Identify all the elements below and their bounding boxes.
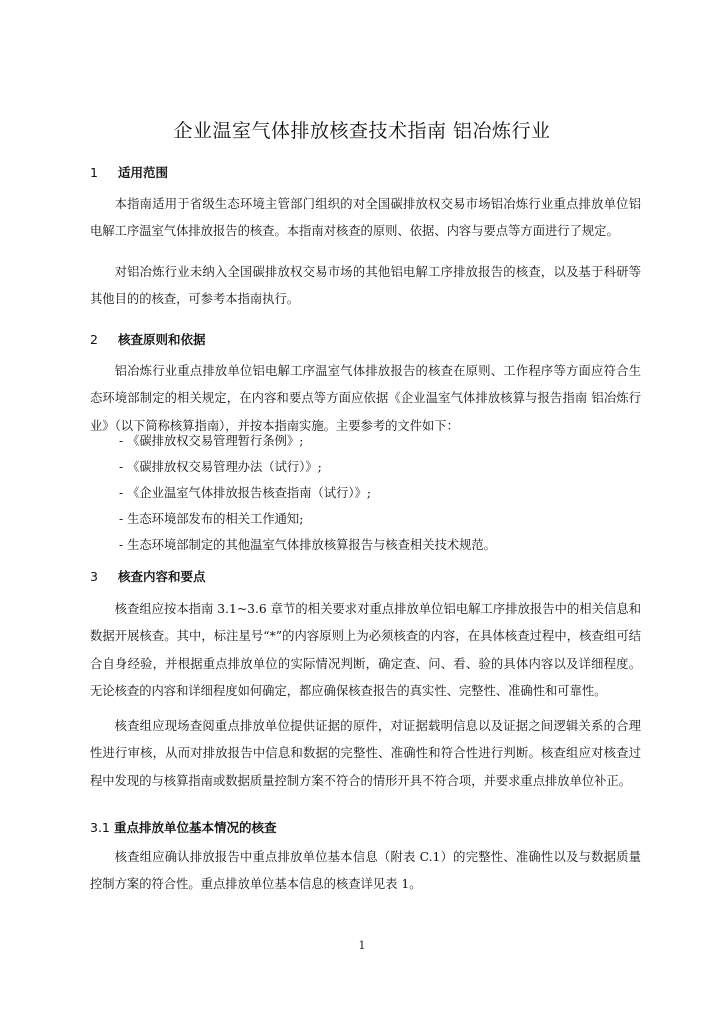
paragraph: 核查组应确认排放报告中重点排放单位基本信息（附表 C.1）的完整性、准确性以及与…	[90, 844, 641, 899]
reference-list-item: - 《企业温室气体排放报告核查指南（试行）》;	[119, 480, 371, 507]
section-title: 重点排放单位基本情况的核查	[114, 820, 277, 835]
paragraph: 本指南适用于省级生态环境主管部门组织的对全国碳排放权交易市场铝冶炼行业重点排放单…	[90, 191, 641, 246]
section-title: 适用范围	[118, 165, 168, 180]
page-number: 1	[0, 939, 724, 952]
section-number: 1	[90, 165, 118, 180]
section-title: 核查内容和要点	[118, 569, 206, 584]
section-heading-2: 2核查原则和依据	[90, 330, 206, 348]
section-number: 3.1	[90, 820, 114, 835]
document-page: 企业温室气体排放核查技术指南 铝冶炼行业 1适用范围 本指南适用于省级生态环境主…	[0, 0, 724, 1024]
reference-list-item: - 《碳排放权交易管理暂行条例》;	[119, 428, 303, 455]
document-title: 企业温室气体排放核查技术指南 铝冶炼行业	[0, 116, 724, 143]
paragraph: 对铝冶炼行业未纳入全国碳排放权交易市场的其他铝电解工序排放报告的核查，以及基于科…	[90, 259, 641, 314]
section-number: 3	[90, 569, 118, 584]
subsection-heading-3-1: 3.1重点排放单位基本情况的核查	[90, 818, 277, 836]
section-heading-1: 1适用范围	[90, 163, 168, 181]
reference-list-item: - 生态环境部制定的其他温室气体排放核算报告与核查相关技术规范。	[119, 532, 496, 559]
paragraph: 核查组应按本指南 3.1~3.6 章节的相关要求对重点排放单位铝电解工序排放报告…	[90, 596, 641, 705]
section-heading-3: 3核查内容和要点	[90, 567, 206, 585]
reference-list-item: - 生态环境部发布的相关工作通知;	[119, 506, 303, 533]
section-title: 核查原则和依据	[118, 332, 206, 347]
section-number: 2	[90, 332, 118, 347]
paragraph: 核查组应现场查阅重点排放单位提供证据的原件，对证据载明信息以及证据之间逻辑关系的…	[90, 713, 641, 795]
reference-list-item: - 《碳排放权交易管理办法（试行）》;	[119, 454, 322, 481]
